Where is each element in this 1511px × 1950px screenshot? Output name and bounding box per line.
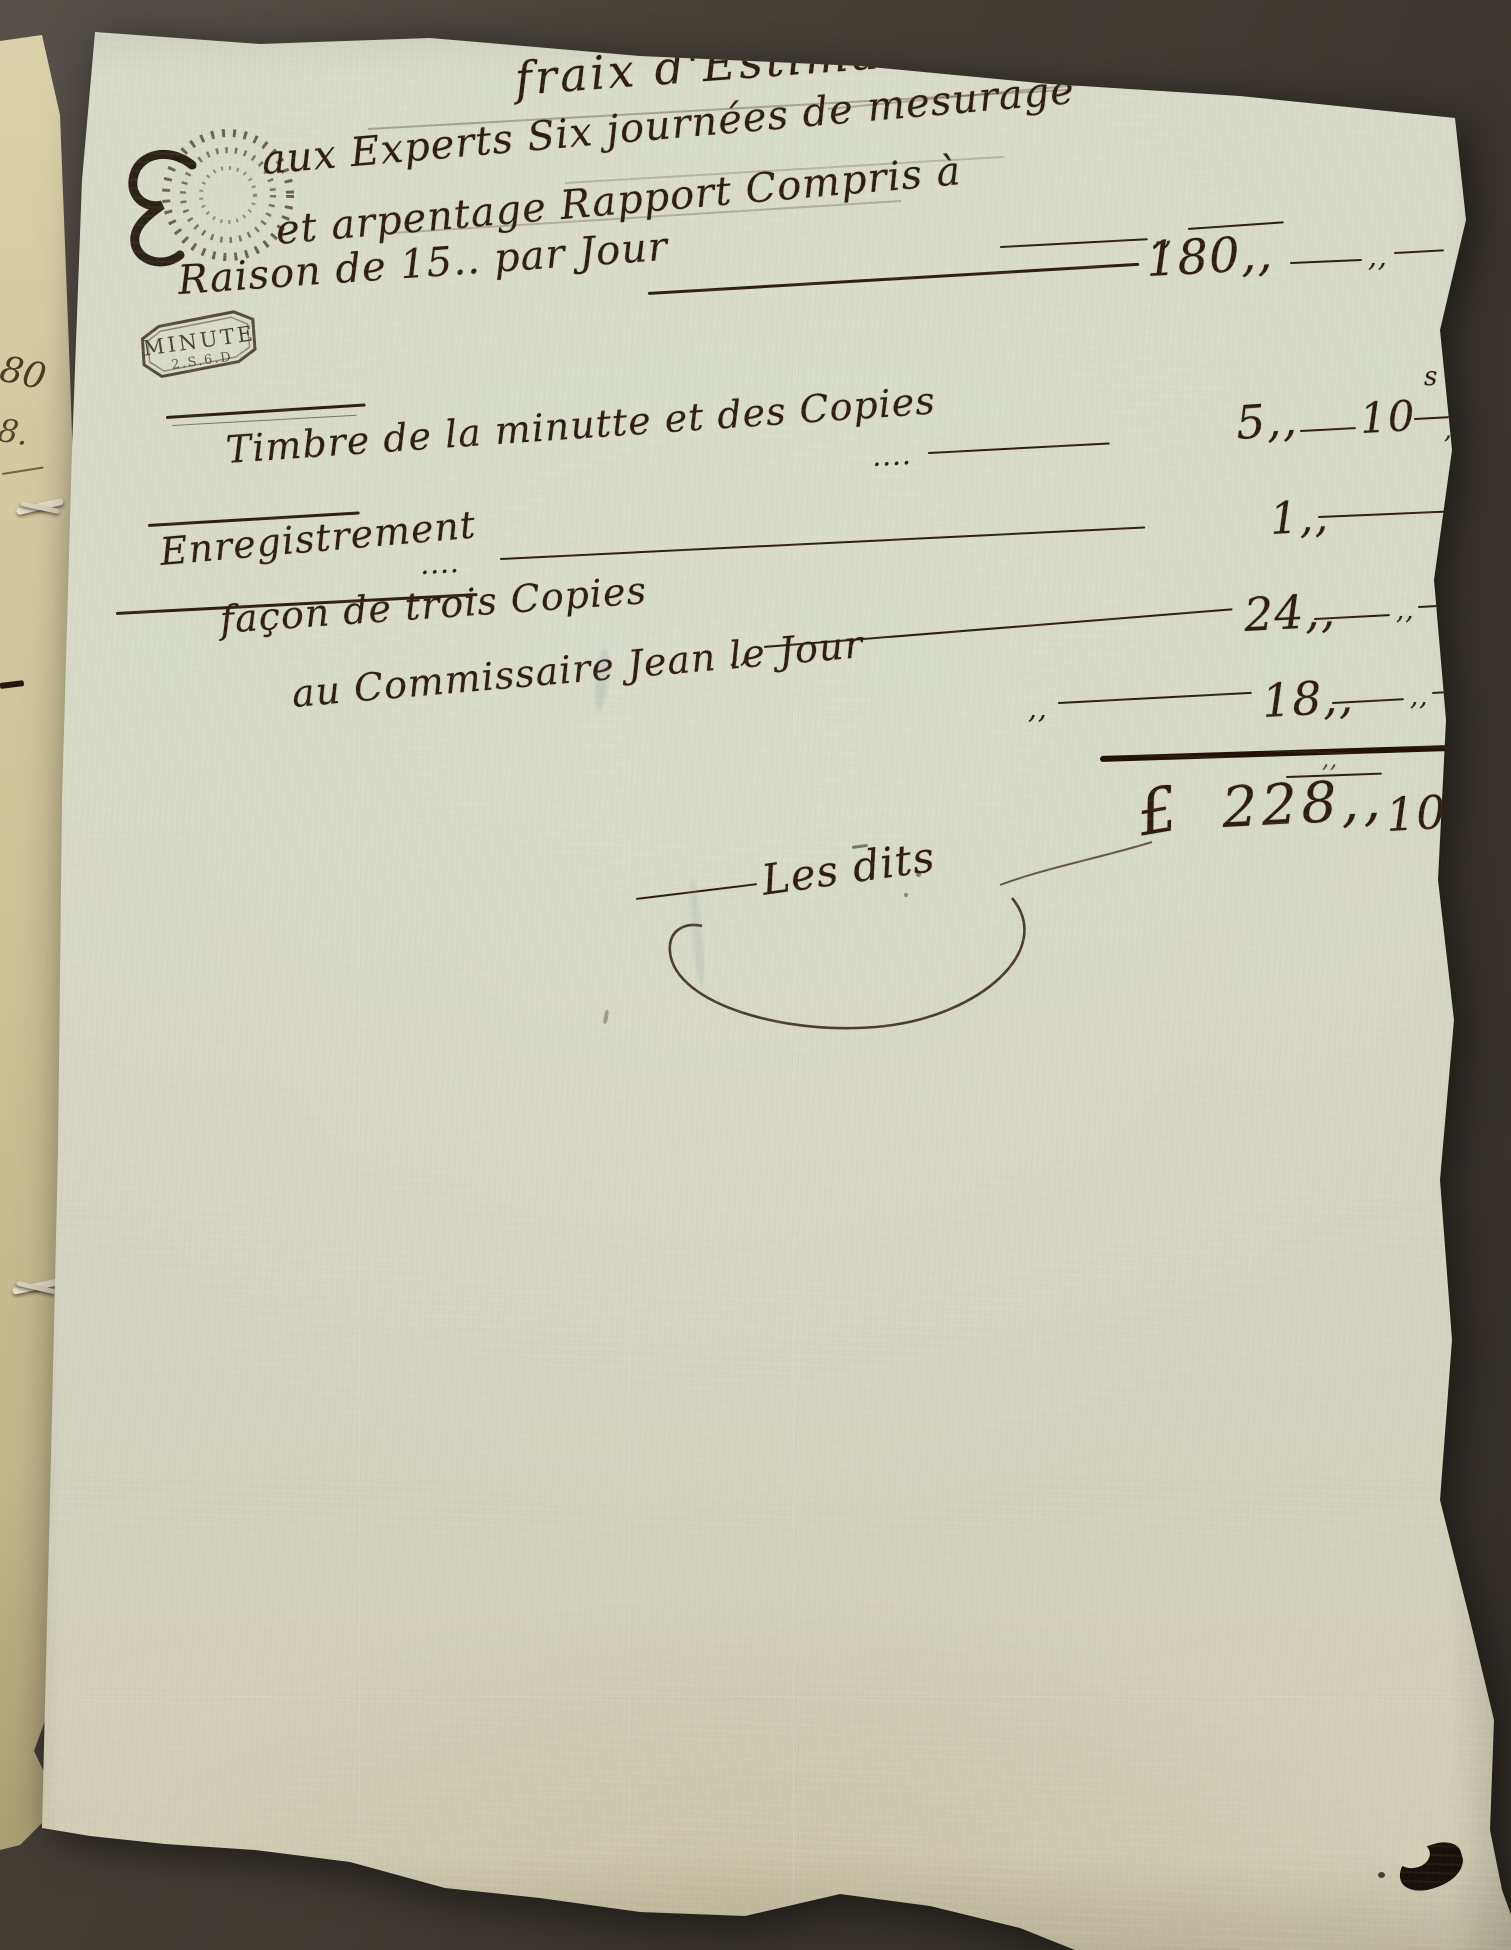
document-page: MINUTE 2.S.6.D fraix d'Estimation. aux E…: [0, 0, 1511, 1950]
entry1-tail-marks: ,,: [1368, 240, 1388, 273]
archival-photo: 80 8. MINUTE 2.S.6.D: [0, 0, 1511, 1950]
total-livres: 228,,: [1220, 768, 1386, 841]
paper-crease: [358, 60, 361, 1840]
entry2-tail-marks: ,,: [1444, 416, 1461, 444]
total-sols: 10: [1385, 785, 1448, 842]
paper-crease-horizontal: [80, 1695, 1480, 1698]
flourish-loop: [670, 898, 1025, 1028]
sum-rule: [1100, 744, 1492, 762]
ink-paraph-curl: [133, 154, 192, 262]
entry5-label: au Commissaire Jean le Jour: [290, 622, 865, 716]
entry2-label: Timbre de la minutte et des Copies: [224, 378, 937, 472]
leader-line: [1000, 238, 1148, 248]
entry4-tail-marks: ,,: [1396, 596, 1415, 626]
round-stamp-inner-ring: [183, 150, 273, 240]
entry2-sols-sup: s: [1424, 362, 1438, 392]
leader-line: [648, 263, 1139, 295]
amount-tail-dash: [1432, 691, 1456, 694]
entry2-dots: ....: [871, 438, 912, 473]
amount-tail-dash: [1414, 416, 1456, 420]
leader-line: [500, 526, 1145, 560]
footer-flourish: [600, 830, 1160, 1060]
paper-shadow-wrap: MINUTE 2.S.6.D fraix d'Estimation. aux E…: [0, 0, 1511, 1950]
amount-tail-dash: [1290, 259, 1362, 264]
ink-speck: [904, 893, 908, 897]
entry5-dots: ,,: [1028, 692, 1048, 725]
entry2-sols: 10: [1359, 391, 1417, 443]
paper-crease: [1248, 90, 1251, 1860]
amount-tail-dash: [1300, 427, 1356, 432]
entry1-amount: 180,,: [1145, 225, 1275, 288]
entry5-amount: 18,,: [1261, 669, 1355, 728]
round-stamp-core-ring: [201, 168, 255, 222]
ink-speck: [1378, 1872, 1385, 1878]
amount-tail-dash: [1418, 604, 1452, 608]
total-tail-marks: ,,: [1456, 806, 1475, 836]
leader-line: [928, 442, 1110, 454]
ink-speck: [928, 862, 931, 865]
total-sols-sup: s: [1452, 760, 1468, 795]
amount-tail-dash: [1318, 510, 1456, 518]
leader-line: [1058, 692, 1252, 705]
ink-speck: [916, 872, 921, 877]
entry2-amount: 5,,: [1234, 392, 1299, 450]
entry3-amount: 1,,: [1269, 491, 1331, 545]
amount-tail-dash: [1394, 249, 1444, 254]
entry5-tail-marks: ,,: [1410, 682, 1429, 712]
flourish-tail: [1000, 842, 1152, 885]
entry4-amount: 24,,: [1243, 583, 1337, 642]
entry3-dots: ....: [419, 546, 460, 581]
